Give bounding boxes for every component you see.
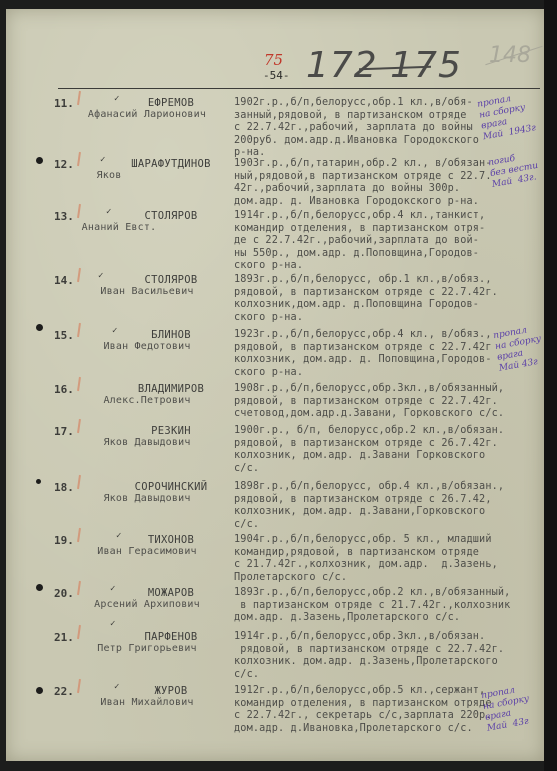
header-divider (58, 88, 540, 89)
handwritten-note: пропал на сборку врага Май 43г (493, 323, 546, 374)
red-tick-mark (77, 152, 81, 166)
given-name: Ананий Евст. (54, 222, 184, 233)
entry-number: 16. (54, 383, 74, 396)
surname: ЖУРОВ (106, 685, 236, 697)
punch-hole (36, 157, 43, 164)
entry-number: 15. (54, 329, 74, 342)
red-tick-mark (77, 419, 81, 433)
surname: ТИХОНОВ (106, 534, 236, 546)
entry-number: 11. (54, 97, 74, 110)
given-name: Яков (44, 170, 174, 181)
scan-border (544, 0, 557, 771)
red-tick-mark (77, 323, 81, 337)
surname: БЛИНОВ (106, 329, 236, 341)
red-tick-mark (77, 91, 81, 105)
punch-hole (36, 584, 43, 591)
check-mark-icon: ✓ (110, 619, 115, 629)
given-name: Петр Григорьевич (82, 643, 212, 654)
punch-hole (36, 687, 43, 694)
red-tick-mark (77, 625, 81, 639)
given-name: Яков Давыдович (82, 437, 212, 448)
entry-number: 20. (54, 587, 74, 600)
entry-number: 17. (54, 425, 74, 438)
entry-number: 14. (54, 274, 74, 287)
entry-number: 21. (54, 631, 74, 644)
given-name: Иван Михайлович (82, 697, 212, 708)
handwritten-note: пропал на сборку врага Май 43г (481, 683, 534, 734)
given-name: Яков Давыдович (82, 493, 212, 504)
red-tick-mark (77, 679, 81, 693)
biography: 1893г.р.,б/п,белорусс, обр.1 кл.,в/обяз.… (234, 274, 509, 324)
red-tick-mark (77, 528, 81, 542)
archive-document-page: 75 -54- 172 175 148 11. ✓ ЕФРЕМОВ Афанас… (6, 9, 544, 761)
surname: ЕФРЕМОВ (106, 97, 236, 109)
given-name: Иван Васильевич (82, 286, 212, 297)
red-tick-mark (77, 581, 81, 595)
biography: 1898г.р.,б/п,белорусс, обр.4 кл.,в/обяза… (234, 481, 509, 531)
surname: РЕЗКИН (106, 425, 236, 437)
check-mark-icon: ✓ (98, 271, 103, 281)
biography: 1893г.р.,б/п,белорусс,обр.2 кл.,в/обязан… (234, 587, 509, 625)
punch-hole (36, 479, 41, 484)
handwritten-note: пропал на сборку врага Май 1943г (477, 91, 537, 144)
punch-hole (36, 324, 43, 331)
biography: 1902г.р.,б/п,белорусс,обр.1 кл.,в/обя- з… (234, 97, 509, 160)
red-tick-mark (77, 475, 81, 489)
check-mark-icon: ✓ (100, 155, 105, 165)
surname: ПАРФЕНОВ (106, 631, 236, 643)
surname: СТОЛЯРОВ (106, 210, 236, 222)
given-name: Алекс.Петрович (82, 395, 212, 406)
surname: ВЛАДИМИРОВ (106, 383, 236, 395)
given-name: Иван Федотович (82, 341, 212, 352)
page-number: -54- (263, 69, 290, 82)
entry-number: 19. (54, 534, 74, 547)
biography: 1914г.р.,б/п,белорусс,обр.4 кл.,танкист,… (234, 210, 509, 273)
handwritten-note: погиб без вести Май 43г. (488, 150, 542, 191)
given-name: Афанасий Ларионович (82, 109, 212, 120)
entry-number: 18. (54, 481, 74, 494)
given-name: Иван Герасимович (82, 546, 212, 557)
biography: 1912г.р.,б/п,белорусс,обр.5 кл.,сержант,… (234, 685, 509, 735)
red-tick-mark (77, 204, 81, 218)
biography: 1904г.р.,б/п,белорусс,обр. 5 кл., младши… (234, 534, 509, 584)
biography: 1914г.р.,б/п,белорусс,обр.3кл.,в/обязан.… (234, 631, 509, 681)
archive-number: 172 175 (306, 45, 462, 86)
biography: 1923г.р.,б/п,белорусс,обр.4 кл., в/обяз.… (234, 329, 509, 379)
folio-number-red: 75 (264, 51, 283, 69)
red-tick-mark (77, 377, 81, 391)
red-tick-mark (77, 268, 81, 282)
surname: ШАРАФУТДИНОВ (106, 158, 236, 170)
biography: 1900г.р., б/п, белорусс,обр.2 кл.,в/обяз… (234, 425, 509, 475)
given-name: Арсений Архипович (82, 599, 212, 610)
surname: СОРОЧИНСКИЙ (106, 481, 236, 493)
biography: 1908г.р.,б/п,белорусс,обр.3кл.,в/обязанн… (234, 383, 509, 421)
biography: 1903г.р.,б/п,татарин,обр.2 кл., в/обязан… (234, 158, 509, 208)
surname: МОЖАРОВ (106, 587, 236, 599)
entry-number: 22. (54, 685, 74, 698)
surname: СТОЛЯРОВ (106, 274, 236, 286)
